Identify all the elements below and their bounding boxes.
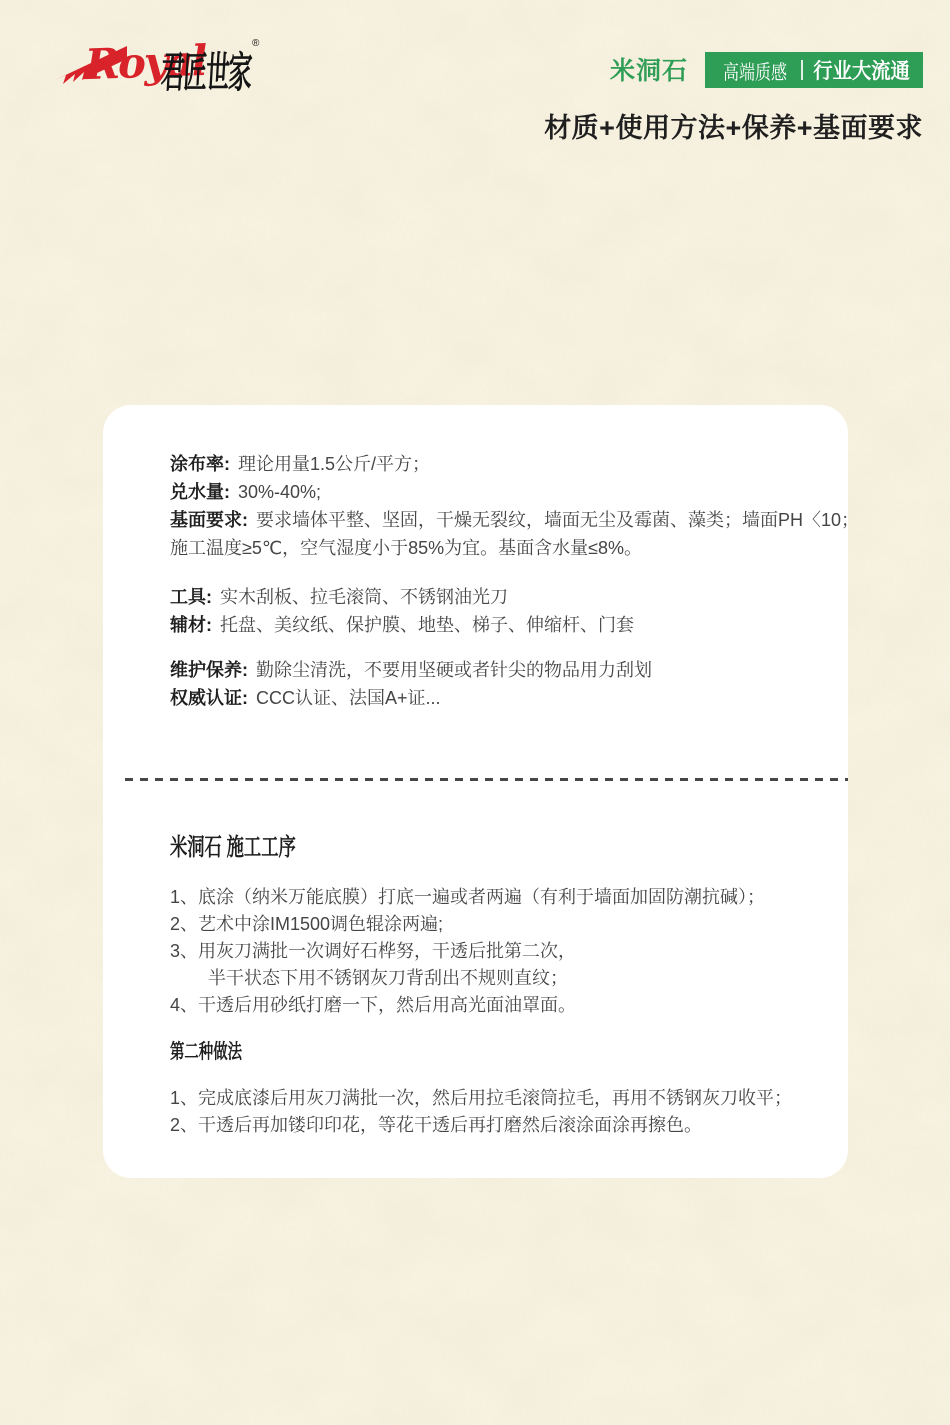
spec-value: 30%-40%; [238, 482, 321, 502]
tools-row: 辅材:托盘、美纹纸、保护膜、地垫、梯子、伸缩杆、门套 [170, 611, 848, 639]
care-value: 勤除尘清洗，不要用坚硬或者针尖的物品用力刮划 [256, 660, 652, 680]
tools-value: 托盘、美纹纸、保护膜、地垫、梯子、伸缩杆、门套 [220, 615, 634, 635]
care-label: 权威认证: [170, 688, 248, 708]
specs-note: 施工温度≥5℃，空气湿度小于85%为宜。基面含水量≤8%。 [170, 534, 848, 562]
tools-label: 工具: [170, 587, 212, 607]
spec-label: 兑水量: [170, 482, 230, 502]
method2-step: 1、完成底漆后用灰刀满批一次，然后用拉毛滚筒拉毛，再用不锈钢灰刀收平； [170, 1085, 848, 1112]
method2-step: 2、干透后再加镂印印花，等花干透后再打磨然后滚涂面涂再擦色。 [170, 1112, 848, 1139]
spec-value: 要求墙体平整、坚固，干燥无裂纹，墙面无尘及霉菌、藻类；墙面PH〈10； [256, 510, 859, 530]
process-step: 4、干透后用砂纸打磨一下，然后用高光面油罩面。 [170, 992, 848, 1019]
care-row: 维护保养:勤除尘清洗，不要用坚硬或者针尖的物品用力刮划 [170, 656, 848, 684]
tools-label: 辅材: [170, 615, 212, 635]
tagline-left-label: 高端质感 [723, 56, 787, 85]
logo-brand-cn-text: 君匠世家 [159, 40, 252, 100]
tagline-divider [801, 60, 803, 80]
spec-label: 基面要求: [170, 510, 248, 530]
content-card: 涂布率:理论用量1.5公斤/平方； 兑水量:30%-40%; 基面要求:要求墙体… [103, 405, 848, 1178]
care-row: 权威认证:CCC认证、法国A+证... [170, 684, 848, 712]
spec-value: 理论用量1.5公斤/平方； [238, 454, 430, 474]
care-value: CCC认证、法国A+证... [256, 688, 441, 708]
spec-label: 涂布率: [170, 454, 230, 474]
brochure-page: Royal 君匠世家 ® 米洞石 高端质感 行业大流通 材质+使用方法+保养+基… [0, 0, 950, 1425]
brand-logo: Royal 君匠世家 ® [55, 40, 285, 95]
tools-row: 工具:实木刮板、拉毛滚筒、不锈钢油光刀 [170, 583, 848, 611]
page-title: 材质+使用方法+保养+基面要求 [544, 106, 923, 145]
tools-block: 工具:实木刮板、拉毛滚筒、不锈钢油光刀 辅材:托盘、美纹纸、保护膜、地垫、梯子、… [170, 583, 848, 639]
spec-row: 涂布率:理论用量1.5公斤/平方； [170, 450, 848, 478]
spec-row: 兑水量:30%-40%; [170, 478, 848, 506]
care-block: 维护保养:勤除尘清洗，不要用坚硬或者针尖的物品用力刮划 权威认证:CCC认证、法… [170, 656, 848, 712]
tagline-right-label: 行业大流通 [813, 55, 910, 85]
product-name-label: 米洞石 [610, 51, 688, 87]
care-label: 维护保养: [170, 660, 248, 680]
product-tagline-badge: 高端质感 行业大流通 [705, 52, 923, 88]
process-step: 2、艺术中涂IM1500调色辊涂两遍; [170, 911, 848, 938]
process-steps: 1、底涂（纳米万能底膜）打底一遍或者两遍（有利于墙面加固防潮抗碱）； 2、艺术中… [170, 884, 848, 1019]
method2-steps: 1、完成底漆后用灰刀满批一次，然后用拉毛滚筒拉毛，再用不锈钢灰刀收平； 2、干透… [170, 1085, 848, 1139]
tools-value: 实木刮板、拉毛滚筒、不锈钢油光刀 [220, 587, 508, 607]
spec-row: 基面要求:要求墙体平整、坚固，干燥无裂纹，墙面无尘及霉菌、藻类；墙面PH〈10； [170, 506, 848, 534]
registered-mark: ® [252, 38, 259, 49]
process-title: 米洞石 施工工序 [170, 832, 658, 864]
specs-block: 涂布率:理论用量1.5公斤/平方； 兑水量:30%-40%; 基面要求:要求墙体… [170, 450, 848, 562]
process-step-continuation: 半干状态下用不锈钢灰刀背刮出不规则直纹； [170, 965, 848, 992]
process-step: 3、用灰刀满批一次调好石桦努，干透后批第二次， [170, 938, 848, 965]
dashed-divider [125, 778, 848, 781]
method2-title: 第二种做法 [170, 1039, 658, 1065]
process-step: 1、底涂（纳米万能底膜）打底一遍或者两遍（有利于墙面加固防潮抗碱）； [170, 884, 848, 911]
